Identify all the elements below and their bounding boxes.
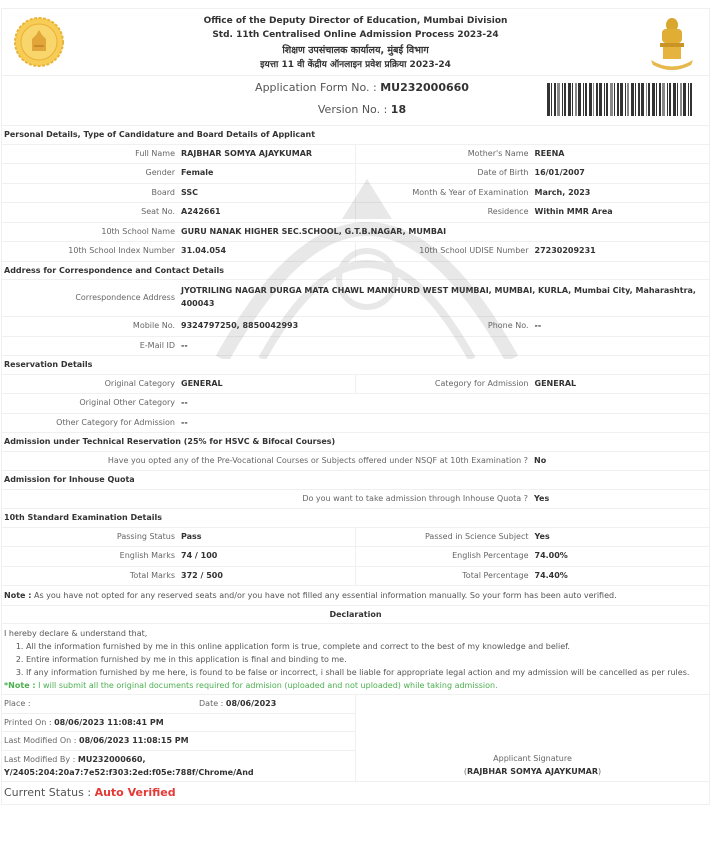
english-marks-value: 74 / 100 <box>179 547 355 566</box>
auto-verify-note: Note : As you have not opted for any res… <box>2 586 709 606</box>
udise-label: 10th School UDISE Number <box>356 242 533 261</box>
original-category-label: Original Category <box>2 375 179 394</box>
table-row: 10th School Index Number31.04.054 10th S… <box>2 242 709 262</box>
original-other-category-value: -- <box>179 394 709 413</box>
table-row: Correspondence AddressJYOTRILING NAGAR D… <box>2 280 709 317</box>
footer-table: Place : Date : 08/06/2023 Printed On : 0… <box>2 695 709 782</box>
page-header: Office of the Deputy Director of Educati… <box>2 9 709 76</box>
residence-value: Within MMR Area <box>533 203 710 222</box>
signature-name: RAJBHAR SOMYA AJAYKUMAR <box>467 767 598 776</box>
table-row: Full NameRAJBHAR SOMYA AJAYKUMAR Mother'… <box>2 145 709 165</box>
section-exam: 10th Standard Examination Details <box>2 509 709 528</box>
full-name-value: RAJBHAR SOMYA AJAYKUMAR <box>179 145 355 164</box>
last-modified-by-value: MU232000660, <box>78 755 146 764</box>
original-other-category-label: Original Other Category <box>2 394 179 413</box>
declaration-list: All the information furnished by me in t… <box>4 640 707 679</box>
admission-category-label: Category for Admission <box>356 375 533 394</box>
other-admission-category-value: -- <box>179 414 709 433</box>
last-modified-by-agent: Y/2405:204:20a7:7e52:f303:2ed:f05e:788f/… <box>4 768 254 777</box>
declaration-note-label: *Note : <box>4 681 36 690</box>
phone-label: Phone No. <box>356 317 533 336</box>
seat-no-value: A242661 <box>179 203 355 222</box>
last-modified-by-label: Last Modified By : <box>4 755 75 764</box>
science-value: Yes <box>533 528 710 547</box>
declaration-body: I hereby declare & understand that, All … <box>2 624 709 695</box>
admission-form: Office of the Deputy Director of Educati… <box>1 8 710 805</box>
section-inhouse: Admission for Inhouse Quota <box>2 471 709 490</box>
school-index-label: 10th School Index Number <box>2 242 179 261</box>
email-value: -- <box>179 337 709 356</box>
declaration-note: *Note : I will submit all the original d… <box>4 679 707 692</box>
declaration-intro: I hereby declare & understand that, <box>4 627 707 640</box>
table-row: 10th School NameGURU NANAK HIGHER SEC.SC… <box>2 223 709 243</box>
inhouse-question-value: Yes <box>532 490 709 509</box>
process-title: Std. 11th Centralised Online Admission P… <box>2 30 709 40</box>
note-label: Note : <box>4 591 31 600</box>
process-title-marathi: इयत्ता 11 वी केंद्रीय ऑनलाइन प्रवेश प्रक… <box>2 57 709 70</box>
total-marks-value: 372 / 500 <box>179 567 355 586</box>
mobile-value: 9324797250, 8850042993 <box>179 317 356 336</box>
declaration-item: All the information furnished by me in t… <box>26 640 707 653</box>
dob-value: 16/01/2007 <box>533 164 710 183</box>
note-text: As you have not opted for any reserved s… <box>34 591 617 600</box>
status-badge: Auto Verified <box>95 786 176 799</box>
printed-on-row: Printed On : 08/06/2023 11:08:41 PM <box>2 714 355 733</box>
section-reservation: Reservation Details <box>2 356 709 375</box>
full-name-label: Full Name <box>2 145 179 164</box>
table-row: English Marks74 / 100 English Percentage… <box>2 547 709 567</box>
school-index-value: 31.04.054 <box>179 242 355 261</box>
last-modified-by-row: Last Modified By : MU232000660, Y/2405:2… <box>2 751 355 781</box>
date-label: Date : <box>199 699 223 708</box>
correspondence-address-value: JYOTRILING NAGAR DURGA MATA CHAWL MANKHU… <box>179 280 709 316</box>
table-row: Do you want to take admission through In… <box>2 490 709 510</box>
place-label: Place : <box>4 699 31 708</box>
last-modified-on-row: Last Modified On : 08/06/2023 11:08:15 P… <box>2 732 355 751</box>
table-row: Seat No.A242661 ResidenceWithin MMR Area <box>2 203 709 223</box>
correspondence-address-label: Correspondence Address <box>2 280 179 316</box>
table-row: Mobile No.9324797250, 8850042993 Phone N… <box>2 317 709 337</box>
declaration-title: Declaration <box>2 606 709 624</box>
original-category-value: GENERAL <box>179 375 355 394</box>
declaration-item: Entire information furnished by me in th… <box>26 653 707 666</box>
admission-category-value: GENERAL <box>533 375 710 394</box>
mother-name-label: Mother's Name <box>356 145 533 164</box>
email-label: E-Mail ID <box>2 337 179 356</box>
english-percentage-label: English Percentage <box>356 547 533 566</box>
nsqf-question-value: No <box>532 452 709 471</box>
mobile-label: Mobile No. <box>2 317 179 336</box>
office-title: Office of the Deputy Director of Educati… <box>2 16 709 26</box>
national-emblem-icon <box>648 15 696 71</box>
version-label: Version No. : <box>318 103 387 116</box>
table-row: GenderFemale Date of Birth16/01/2007 <box>2 164 709 184</box>
inhouse-question-label: Do you want to take admission through In… <box>2 490 532 509</box>
other-admission-category-label: Other Category for Admission <box>2 414 179 433</box>
phone-value: -- <box>533 317 710 336</box>
gender-value: Female <box>179 164 355 183</box>
gender-label: Gender <box>2 164 179 183</box>
status-label: Current Status : <box>4 786 91 799</box>
date-value: 08/06/2023 <box>226 699 276 708</box>
table-row: Total Marks372 / 500 Total Percentage74.… <box>2 567 709 587</box>
section-address: Address for Correspondence and Contact D… <box>2 262 709 281</box>
declaration-item: If any information furnished by me here,… <box>26 666 707 679</box>
table-row: Passing StatusPass Passed in Science Sub… <box>2 528 709 548</box>
printed-on-value: 08/06/2023 11:08:41 PM <box>54 714 164 732</box>
school-name-value: GURU NANAK HIGHER SEC.SCHOOL, G.T.B.NAGA… <box>179 223 709 242</box>
declaration-note-text: I will submit all the original documents… <box>38 681 497 690</box>
table-row: Original CategoryGENERAL Category for Ad… <box>2 375 709 395</box>
seat-no-label: Seat No. <box>2 203 179 222</box>
last-modified-on-value: 08/06/2023 11:08:15 PM <box>79 732 189 750</box>
place-date-row: Place : Date : 08/06/2023 <box>2 695 355 714</box>
section-technical: Admission under Technical Reservation (2… <box>2 433 709 452</box>
passing-status-label: Passing Status <box>2 528 179 547</box>
table-row: Original Other Category-- <box>2 394 709 414</box>
applicant-signature: Applicant Signature (RAJBHAR SOMYA AJAYK… <box>356 752 709 778</box>
application-number-row: Application Form No. : MU232000660 Versi… <box>2 76 709 126</box>
printed-on-label: Printed On : <box>4 714 52 732</box>
table-row: Have you opted any of the Pre-Vocational… <box>2 452 709 472</box>
last-modified-on-label: Last Modified On : <box>4 732 77 750</box>
school-name-label: 10th School Name <box>2 223 179 242</box>
passing-status-value: Pass <box>179 528 355 547</box>
mother-name-value: REENA <box>533 145 710 164</box>
table-row: BoardSSC Month & Year of ExaminationMarc… <box>2 184 709 204</box>
dob-label: Date of Birth <box>356 164 533 183</box>
table-row: Other Category for Admission-- <box>2 414 709 434</box>
barcode-icon <box>546 83 696 116</box>
version-value: 18 <box>391 103 406 116</box>
exam-month-value: March, 2023 <box>533 184 710 203</box>
signature-label: Applicant Signature <box>356 752 709 765</box>
board-label: Board <box>2 184 179 203</box>
current-status: Current Status : Auto Verified <box>2 782 709 804</box>
nsqf-question-label: Have you opted any of the Pre-Vocational… <box>2 452 532 471</box>
office-title-marathi: शिक्षण उपसंचालक कार्यालय, मुंबई विभाग <box>2 43 709 56</box>
english-marks-label: English Marks <box>2 547 179 566</box>
total-percentage-label: Total Percentage <box>356 567 533 586</box>
science-label: Passed in Science Subject <box>356 528 533 547</box>
udise-value: 27230209231 <box>533 242 710 261</box>
exam-month-label: Month & Year of Examination <box>356 184 533 203</box>
english-percentage-value: 74.00% <box>533 547 710 566</box>
total-marks-label: Total Marks <box>2 567 179 586</box>
total-percentage-value: 74.40% <box>533 567 710 586</box>
app-no-value: MU232000660 <box>380 81 469 94</box>
table-row: E-Mail ID-- <box>2 337 709 357</box>
app-no-label: Application Form No. : <box>255 81 377 94</box>
residence-label: Residence <box>356 203 533 222</box>
board-value: SSC <box>179 184 355 203</box>
section-personal: Personal Details, Type of Candidature an… <box>2 126 709 145</box>
